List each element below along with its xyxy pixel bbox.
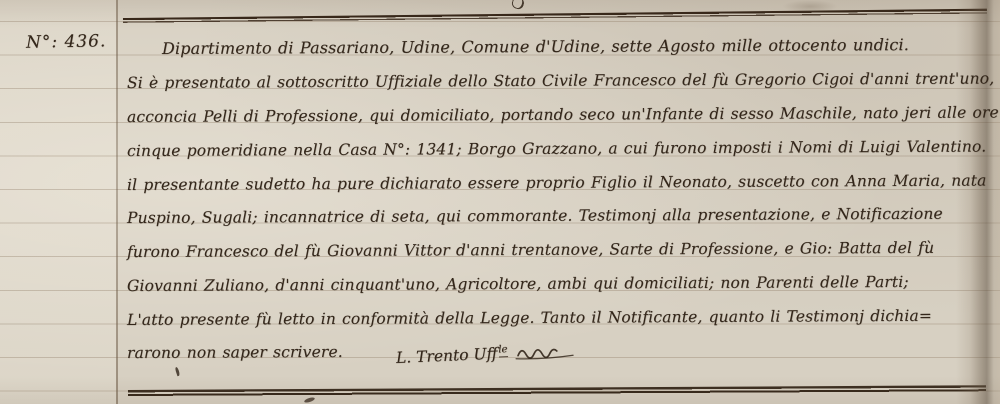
entry-text-line: Dipartimento di Passariano, Udine, Comun… [162,35,909,59]
signature-flourish [514,343,579,362]
entry-text-line: Puspino, Sugali; incannatrice di seta, q… [127,204,943,228]
entry-text-line: furono Francesco del fù Giovanni Vittor … [127,238,934,262]
page-edge-shadow [956,0,1000,404]
ink-mark [304,396,316,403]
ink-mark [510,0,525,11]
entry-number: N°: 436. [26,31,107,52]
entry-text-line: L'atto presente fù letto in conformità d… [127,306,932,330]
entry-text-line: cinque pomeridiane nella Casa N°: 1341; … [127,137,986,161]
signature-superscript: le [498,344,508,357]
document-page: N°: 436. Dipartimento di Passariano, Udi… [0,0,1000,404]
entry-text-line: rarono non saper scrivere. [127,342,343,363]
top-double-rule [123,9,987,24]
entry-text-line: acconcia Pelli di Professione, qui domic… [127,102,999,127]
bottom-double-rule [128,385,986,397]
ink-mark [175,367,181,376]
official-signature: L. Trento Uffle [396,341,579,367]
entry-text-line: Si è presentato al sottoscritto Uffizial… [127,68,994,93]
entry-text-line: Giovanni Zuliano, d'anni cinquant'uno, A… [127,272,909,296]
signature-text: L. Trento Uff [396,345,498,367]
margin-vertical-rule [116,0,118,404]
entry-text-line: il presentante sudetto ha pure dichiarat… [127,170,987,195]
